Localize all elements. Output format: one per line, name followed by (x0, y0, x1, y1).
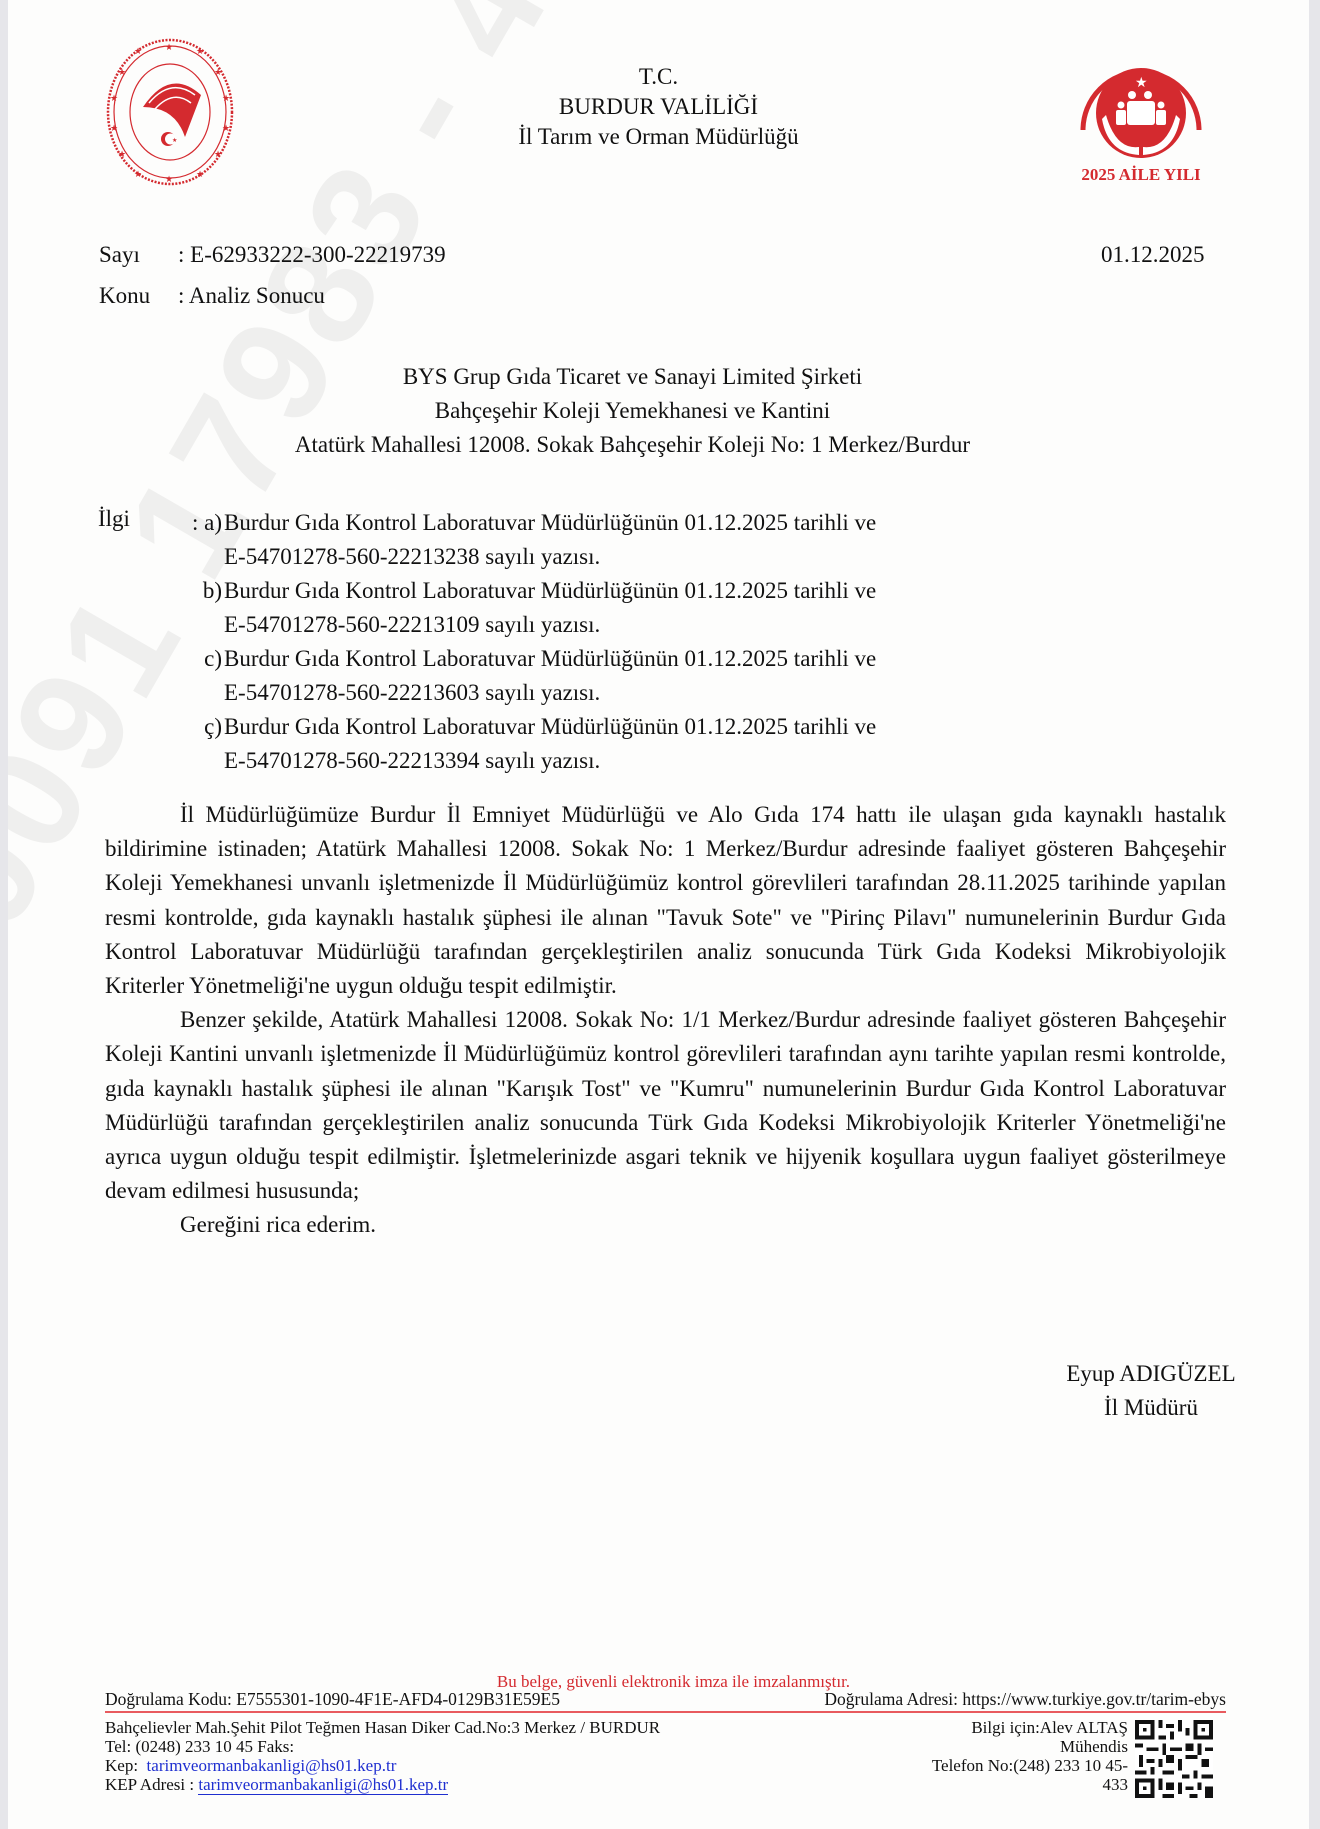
verification-address[interactable]: Doğrulama Adresi: https://www.turkiye.go… (824, 1689, 1226, 1710)
ilgi-line: E-54701278-560-22213238 sayılı yazısı. (224, 540, 978, 574)
info-person: Bilgi için:Alev ALTAŞ (868, 1718, 1128, 1737)
family-year-label: 2025 AİLE YILI (1066, 165, 1216, 185)
svg-text:★: ★ (196, 169, 204, 179)
ilgi-item-cc: ç) Burdur Gıda Kontrol Laboratuvar Müdür… (178, 710, 978, 778)
ilgi-line: E-54701278-560-22213394 sayılı yazısı. (224, 744, 978, 778)
family-year-logo: ★ 2025 AİLE YILI (1066, 35, 1216, 195)
ilgi-item-b: b) Burdur Gıda Kontrol Laboratuvar Müdür… (178, 574, 978, 642)
ilgi-marker: c) (178, 642, 224, 710)
svg-text:★: ★ (196, 46, 204, 56)
info-role: Mühendis (868, 1737, 1128, 1756)
sayi-row: Sayı: E-62933222-300-22219739 (99, 242, 446, 268)
ilgi-line: Burdur Gıda Kontrol Laboratuvar Müdürlüğ… (224, 642, 978, 676)
info-phone-ext: 433 (868, 1775, 1128, 1794)
kep-label: Kep: (105, 1756, 138, 1775)
signature-block: Eyup ADIGÜZEL İl Müdürü (1001, 1357, 1301, 1425)
signer-title: İl Müdürü (1001, 1391, 1301, 1425)
ilgi-list: : a) Burdur Gıda Kontrol Laboratuvar Müd… (178, 506, 978, 778)
konu-label: Konu (99, 283, 178, 309)
body-paragraph-2: Benzer şekilde, Atatürk Mahallesi 12008.… (105, 1003, 1226, 1208)
sayi-label: Sayı (99, 242, 178, 268)
office-phone: Tel: (0248) 233 10 45 Faks: (105, 1737, 660, 1756)
svg-text:★: ★ (165, 42, 173, 52)
ilgi-line: Burdur Gıda Kontrol Laboratuvar Müdürlüğ… (224, 574, 978, 608)
konu-value: : Analiz Sonucu (178, 283, 325, 308)
contact-block: Bahçelievler Mah.Şehit Pilot Teğmen Hasa… (105, 1718, 660, 1794)
recipient-company: BYS Grup Gıda Ticaret ve Sanayi Limited … (8, 360, 1283, 394)
ilgi-item-c: c) Burdur Gıda Kontrol Laboratuvar Müdür… (178, 642, 978, 710)
ilgi-line: E-54701278-560-22213603 sayılı yazısı. (224, 676, 978, 710)
family-year-icon: ★ (1066, 35, 1216, 165)
info-contact: Bilgi için:Alev ALTAŞ Mühendis Telefon N… (868, 1718, 1128, 1794)
qr-code-icon (1134, 1720, 1214, 1798)
ilgi-line: E-54701278-560-22213109 sayılı yazısı. (224, 608, 978, 642)
sayi-value: : E-62933222-300-22219739 (178, 242, 446, 267)
letter-body: İl Müdürlüğümüze Burdur İl Emniyet Müdür… (105, 798, 1226, 1243)
ilgi-marker: : a) (178, 506, 224, 574)
office-address: Bahçelievler Mah.Şehit Pilot Teğmen Hasa… (105, 1718, 660, 1737)
verification-code: Doğrulama Kodu: E7555301-1090-4F1E-AFD4-… (105, 1689, 560, 1710)
ilgi-item-a: : a) Burdur Gıda Kontrol Laboratuvar Müd… (178, 506, 978, 574)
konu-row: Konu: Analiz Sonucu (99, 283, 325, 309)
signer-name: Eyup ADIGÜZEL (1001, 1357, 1301, 1391)
recipient-address: Atatürk Mahallesi 12008. Sokak Bahçeşehi… (8, 428, 1283, 462)
svg-text:★: ★ (134, 46, 142, 56)
ilgi-marker: ç) (178, 710, 224, 778)
body-paragraph-1: İl Müdürlüğümüze Burdur İl Emniyet Müdür… (105, 798, 1226, 1003)
kep-link[interactable]: tarimveormanbakanligi@hs01.kep.tr (147, 1756, 397, 1775)
closing-line: Gereğini rica ederim. (105, 1208, 1226, 1242)
ilgi-line: Burdur Gıda Kontrol Laboratuvar Müdürlüğ… (224, 710, 978, 744)
svg-text:★: ★ (134, 169, 142, 179)
verification-row: Doğrulama Kodu: E7555301-1090-4F1E-AFD4-… (105, 1689, 1226, 1713)
recipient-unit: Bahçeşehir Koleji Yemekhanesi ve Kantini (8, 394, 1283, 428)
info-phone: Telefon No:(248) 233 10 45- (868, 1756, 1128, 1775)
document-date: 01.12.2025 (1101, 242, 1205, 268)
svg-text:★: ★ (1135, 74, 1148, 90)
recipient-block: BYS Grup Gıda Ticaret ve Sanayi Limited … (8, 360, 1283, 462)
ilgi-marker: b) (178, 574, 224, 642)
svg-text:★: ★ (165, 174, 173, 184)
kep-address-label: KEP Adresi : (105, 1775, 194, 1794)
document-page: 0091 17983 - 4009 - 0091 17983 - 4009 ★★… (8, 0, 1309, 1829)
ilgi-line: Burdur Gıda Kontrol Laboratuvar Müdürlüğ… (224, 506, 978, 540)
kep-address-link[interactable]: tarimveormanbakanligi@hs01.kep.tr (198, 1775, 448, 1795)
ilgi-label: İlgi (98, 506, 130, 532)
